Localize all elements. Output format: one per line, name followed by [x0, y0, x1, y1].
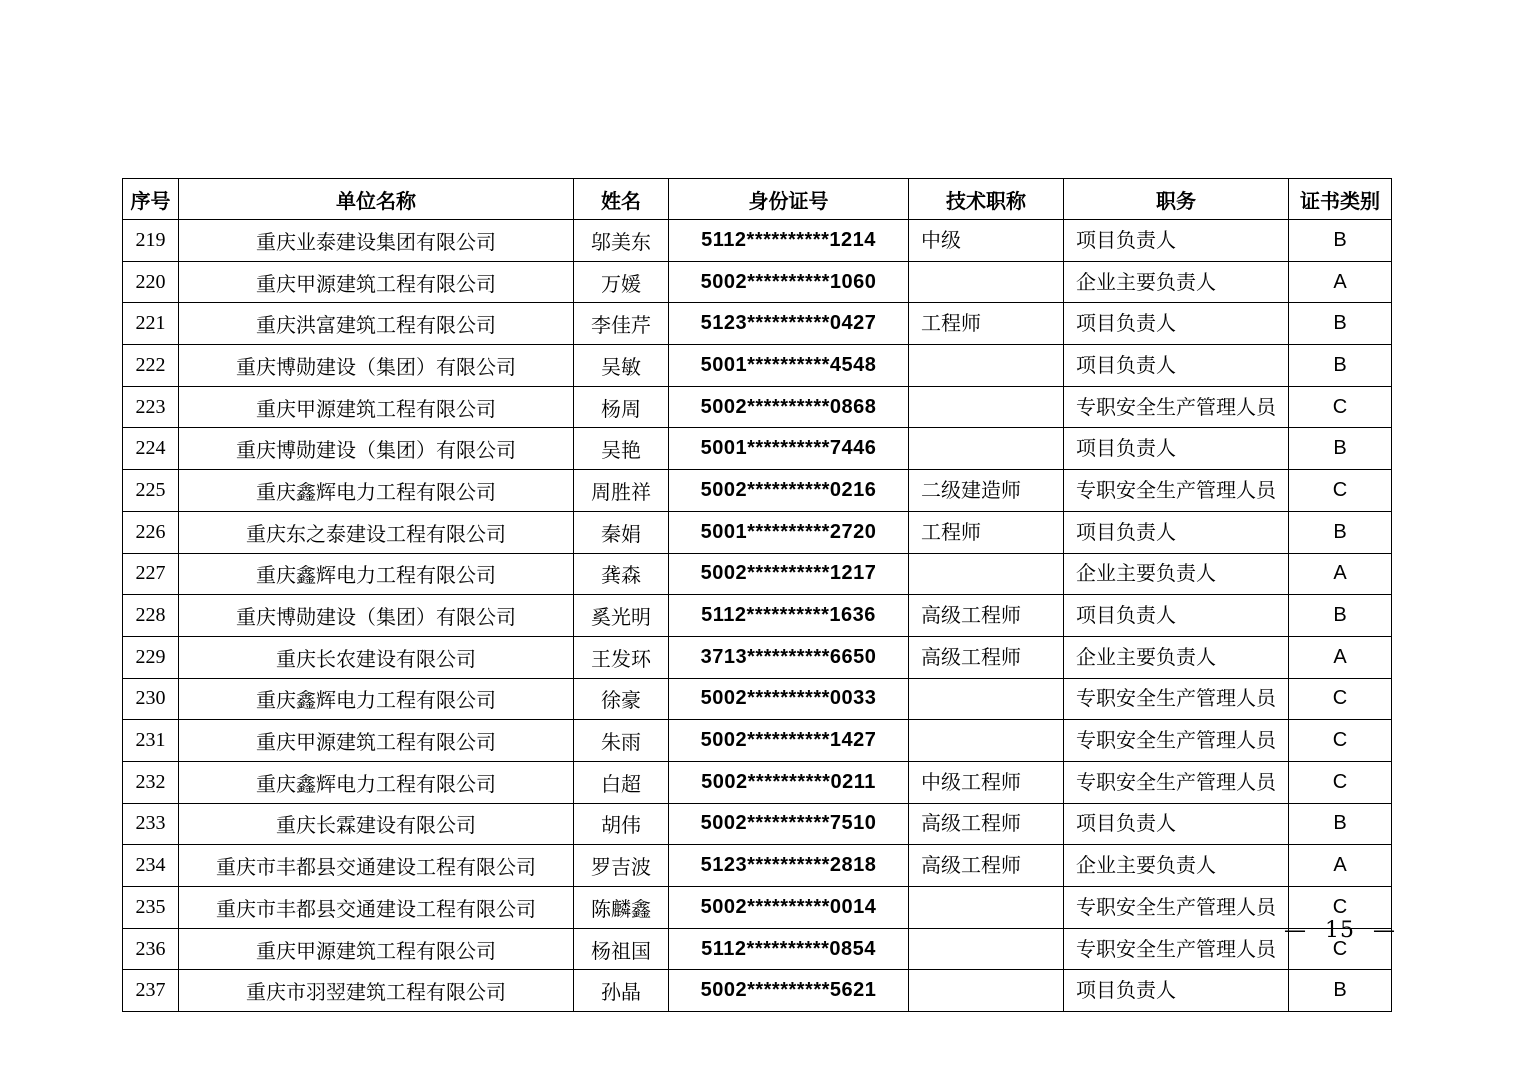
cell-id: 5002**********1217: [669, 553, 909, 595]
cell-seq: 224: [123, 428, 179, 470]
cell-title: 中级: [909, 220, 1064, 262]
cell-title: 高级工程师: [909, 595, 1064, 637]
cell-seq: 231: [123, 720, 179, 762]
cell-position: 企业主要负责人: [1064, 636, 1289, 678]
cell-position: 项目负责人: [1064, 803, 1289, 845]
cell-cert: C: [1289, 678, 1392, 720]
cell-company: 重庆市丰都县交通建设工程有限公司: [179, 845, 574, 887]
cell-position: 专职安全生产管理人员: [1064, 720, 1289, 762]
table-header-row: 序号单位名称姓名身份证号技术职称职务证书类别: [123, 179, 1392, 220]
table-row: 236重庆甲源建筑工程有限公司杨祖国5112**********0854专职安全…: [123, 928, 1392, 970]
cell-id: 5002**********0216: [669, 470, 909, 512]
cell-id: 5123**********2818: [669, 845, 909, 887]
cell-id: 5002**********0033: [669, 678, 909, 720]
cell-position: 企业主要负责人: [1064, 261, 1289, 303]
cell-name: 胡伟: [574, 803, 669, 845]
cell-name: 奚光明: [574, 595, 669, 637]
cell-title: [909, 386, 1064, 428]
cell-seq: 228: [123, 595, 179, 637]
cell-company: 重庆博勋建设（集团）有限公司: [179, 428, 574, 470]
table-row: 237重庆市羽翌建筑工程有限公司孙晶5002**********5621项目负责…: [123, 970, 1392, 1012]
cell-title: 工程师: [909, 511, 1064, 553]
cell-position: 项目负责人: [1064, 595, 1289, 637]
cell-company: 重庆甲源建筑工程有限公司: [179, 261, 574, 303]
cell-id: 5002**********7510: [669, 803, 909, 845]
cell-position: 项目负责人: [1064, 220, 1289, 262]
cell-id: 5001**********4548: [669, 345, 909, 387]
cell-company: 重庆洪富建筑工程有限公司: [179, 303, 574, 345]
table-row: 230重庆鑫辉电力工程有限公司徐豪5002**********0033专职安全生…: [123, 678, 1392, 720]
cell-seq: 219: [123, 220, 179, 262]
table-row: 223重庆甲源建筑工程有限公司杨周5002**********0868专职安全生…: [123, 386, 1392, 428]
cell-seq: 236: [123, 928, 179, 970]
cell-cert: B: [1289, 428, 1392, 470]
table-row: 235重庆市丰都县交通建设工程有限公司陈麟鑫5002**********0014…: [123, 887, 1392, 929]
column-header-title: 技术职称: [909, 179, 1064, 220]
cell-position: 专职安全生产管理人员: [1064, 928, 1289, 970]
cell-position: 专职安全生产管理人员: [1064, 386, 1289, 428]
cell-seq: 234: [123, 845, 179, 887]
cell-position: 企业主要负责人: [1064, 553, 1289, 595]
cell-name: 邬美东: [574, 220, 669, 262]
column-header-position: 职务: [1064, 179, 1289, 220]
table-row: 229重庆长农建设有限公司王发环3713**********6650高级工程师企…: [123, 636, 1392, 678]
cell-id: 5112**********1636: [669, 595, 909, 637]
cell-title: [909, 261, 1064, 303]
table-row: 219重庆业泰建设集团有限公司邬美东5112**********1214中级项目…: [123, 220, 1392, 262]
cell-name: 徐豪: [574, 678, 669, 720]
cell-seq: 237: [123, 970, 179, 1012]
table-row: 221重庆洪富建筑工程有限公司李佳芹5123**********0427工程师项…: [123, 303, 1392, 345]
cell-company: 重庆博勋建设（集团）有限公司: [179, 595, 574, 637]
cell-name: 王发环: [574, 636, 669, 678]
cell-id: 5002**********0014: [669, 887, 909, 929]
cell-seq: 232: [123, 761, 179, 803]
column-header-company: 单位名称: [179, 179, 574, 220]
cell-name: 白超: [574, 761, 669, 803]
cell-name: 杨周: [574, 386, 669, 428]
cell-id: 5112**********0854: [669, 928, 909, 970]
cell-id: 5002**********1427: [669, 720, 909, 762]
cell-cert: B: [1289, 345, 1392, 387]
cell-company: 重庆甲源建筑工程有限公司: [179, 386, 574, 428]
cell-position: 专职安全生产管理人员: [1064, 761, 1289, 803]
cell-id: 5002**********5621: [669, 970, 909, 1012]
cell-cert: C: [1289, 761, 1392, 803]
cell-company: 重庆甲源建筑工程有限公司: [179, 720, 574, 762]
cell-cert: B: [1289, 511, 1392, 553]
cell-company: 重庆长霖建设有限公司: [179, 803, 574, 845]
cell-name: 陈麟鑫: [574, 887, 669, 929]
cell-name: 杨祖国: [574, 928, 669, 970]
cell-name: 万媛: [574, 261, 669, 303]
cell-title: 高级工程师: [909, 845, 1064, 887]
cell-title: [909, 928, 1064, 970]
cell-cert: B: [1289, 803, 1392, 845]
page-number: — 15 —: [1284, 918, 1396, 943]
cell-cert: C: [1289, 470, 1392, 512]
cell-name: 朱雨: [574, 720, 669, 762]
cell-cert: A: [1289, 636, 1392, 678]
table-row: 228重庆博勋建设（集团）有限公司奚光明5112**********1636高级…: [123, 595, 1392, 637]
cell-name: 吴艳: [574, 428, 669, 470]
table-row: 225重庆鑫辉电力工程有限公司周胜祥5002**********0216二级建造…: [123, 470, 1392, 512]
cell-id: 5001**********7446: [669, 428, 909, 470]
cell-title: [909, 345, 1064, 387]
table-row: 226重庆东之泰建设工程有限公司秦娟5001**********2720工程师项…: [123, 511, 1392, 553]
table-body: 219重庆业泰建设集团有限公司邬美东5112**********1214中级项目…: [123, 220, 1392, 1012]
cell-company: 重庆市丰都县交通建设工程有限公司: [179, 887, 574, 929]
cell-cert: A: [1289, 845, 1392, 887]
cell-cert: B: [1289, 303, 1392, 345]
cell-name: 秦娟: [574, 511, 669, 553]
cell-id: 5002**********1060: [669, 261, 909, 303]
cell-seq: 235: [123, 887, 179, 929]
cell-company: 重庆博勋建设（集团）有限公司: [179, 345, 574, 387]
cell-seq: 229: [123, 636, 179, 678]
cell-id: 5001**********2720: [669, 511, 909, 553]
cell-seq: 233: [123, 803, 179, 845]
document-page: 序号单位名称姓名身份证号技术职称职务证书类别 219重庆业泰建设集团有限公司邬美…: [0, 0, 1520, 1074]
cell-cert: A: [1289, 261, 1392, 303]
cell-name: 周胜祥: [574, 470, 669, 512]
cell-title: [909, 720, 1064, 762]
table-row: 233重庆长霖建设有限公司胡伟5002**********7510高级工程师项目…: [123, 803, 1392, 845]
cell-title: 高级工程师: [909, 636, 1064, 678]
cell-name: 龚森: [574, 553, 669, 595]
cell-title: [909, 678, 1064, 720]
cell-id: 3713**********6650: [669, 636, 909, 678]
cell-position: 企业主要负责人: [1064, 845, 1289, 887]
cell-title: 工程师: [909, 303, 1064, 345]
column-header-cert: 证书类别: [1289, 179, 1392, 220]
cell-position: 专职安全生产管理人员: [1064, 678, 1289, 720]
column-header-name: 姓名: [574, 179, 669, 220]
cell-position: 项目负责人: [1064, 511, 1289, 553]
cell-title: [909, 970, 1064, 1012]
cell-cert: C: [1289, 386, 1392, 428]
cell-cert: A: [1289, 553, 1392, 595]
cell-title: [909, 887, 1064, 929]
table-row: 231重庆甲源建筑工程有限公司朱雨5002**********1427专职安全生…: [123, 720, 1392, 762]
cell-id: 5123**********0427: [669, 303, 909, 345]
cell-id: 5002**********0211: [669, 761, 909, 803]
cell-position: 项目负责人: [1064, 970, 1289, 1012]
cell-name: 孙晶: [574, 970, 669, 1012]
cell-company: 重庆鑫辉电力工程有限公司: [179, 678, 574, 720]
table-row: 224重庆博勋建设（集团）有限公司吴艳5001**********7446项目负…: [123, 428, 1392, 470]
cell-company: 重庆鑫辉电力工程有限公司: [179, 470, 574, 512]
cell-name: 罗吉波: [574, 845, 669, 887]
cell-position: 项目负责人: [1064, 428, 1289, 470]
column-header-seq: 序号: [123, 179, 179, 220]
cell-id: 5112**********1214: [669, 220, 909, 262]
column-header-id: 身份证号: [669, 179, 909, 220]
cell-seq: 222: [123, 345, 179, 387]
cell-title: 高级工程师: [909, 803, 1064, 845]
cell-position: 项目负责人: [1064, 303, 1289, 345]
cell-company: 重庆业泰建设集团有限公司: [179, 220, 574, 262]
table-row: 222重庆博勋建设（集团）有限公司吴敏5001**********4548项目负…: [123, 345, 1392, 387]
cell-seq: 221: [123, 303, 179, 345]
cell-seq: 227: [123, 553, 179, 595]
cell-title: 中级工程师: [909, 761, 1064, 803]
cell-seq: 230: [123, 678, 179, 720]
cell-company: 重庆甲源建筑工程有限公司: [179, 928, 574, 970]
cell-company: 重庆长农建设有限公司: [179, 636, 574, 678]
cell-seq: 220: [123, 261, 179, 303]
table-row: 234重庆市丰都县交通建设工程有限公司罗吉波5123**********2818…: [123, 845, 1392, 887]
cell-title: 二级建造师: [909, 470, 1064, 512]
cell-name: 李佳芹: [574, 303, 669, 345]
certificate-roster-table: 序号单位名称姓名身份证号技术职称职务证书类别 219重庆业泰建设集团有限公司邬美…: [122, 178, 1392, 1012]
cell-cert: C: [1289, 720, 1392, 762]
cell-position: 项目负责人: [1064, 345, 1289, 387]
table-row: 232重庆鑫辉电力工程有限公司白超5002**********0211中级工程师…: [123, 761, 1392, 803]
cell-cert: B: [1289, 970, 1392, 1012]
cell-seq: 225: [123, 470, 179, 512]
cell-name: 吴敏: [574, 345, 669, 387]
cell-company: 重庆鑫辉电力工程有限公司: [179, 553, 574, 595]
cell-position: 专职安全生产管理人员: [1064, 887, 1289, 929]
cell-title: [909, 553, 1064, 595]
table-row: 220重庆甲源建筑工程有限公司万媛5002**********1060企业主要负…: [123, 261, 1392, 303]
cell-company: 重庆东之泰建设工程有限公司: [179, 511, 574, 553]
cell-company: 重庆鑫辉电力工程有限公司: [179, 761, 574, 803]
cell-seq: 223: [123, 386, 179, 428]
cell-title: [909, 428, 1064, 470]
table-row: 227重庆鑫辉电力工程有限公司龚森5002**********1217企业主要负…: [123, 553, 1392, 595]
cell-position: 专职安全生产管理人员: [1064, 470, 1289, 512]
cell-cert: B: [1289, 595, 1392, 637]
cell-cert: B: [1289, 220, 1392, 262]
cell-seq: 226: [123, 511, 179, 553]
cell-id: 5002**********0868: [669, 386, 909, 428]
cell-company: 重庆市羽翌建筑工程有限公司: [179, 970, 574, 1012]
